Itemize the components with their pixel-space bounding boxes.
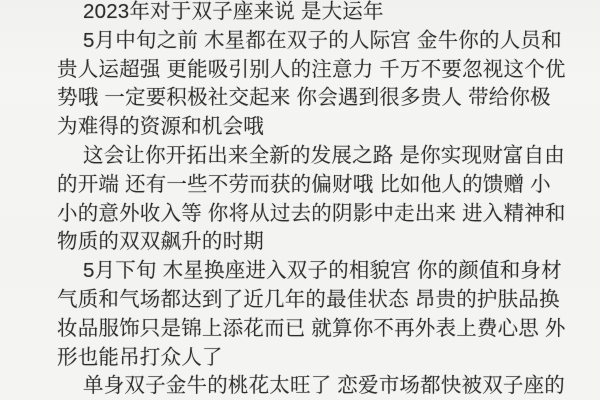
text-line: 气质和气场都达到了近几年的最佳状态 昂贵的护肤品换 bbox=[57, 286, 562, 315]
text-line: 单身双子金牛的桃花太旺了 恋爱市场都快被双子座的 bbox=[57, 372, 562, 400]
text-body: 2023年对于双子座来说 是大运年 5月中旬之前 木星都在双子的人际宫 金牛你的… bbox=[57, 0, 562, 400]
horoscope-text-page: 2023年对于双子座来说 是大运年 5月中旬之前 木星都在双子的人际宫 金牛你的… bbox=[0, 0, 600, 400]
text-line: 妆品服饰只是锦上添花而已 就算你不再外表上费心思 外 bbox=[57, 315, 562, 344]
text-line: 形也能吊打众人了 bbox=[57, 344, 562, 373]
text-line: 的开端 还有一些不劳而获的偏财哦 比如他人的馈赠 小 bbox=[57, 171, 562, 200]
text-line: 小的意外收入等 你将从过去的阴影中走出来 进入精神和 bbox=[57, 200, 562, 229]
text-line: 2023年对于双子座来说 是大运年 bbox=[57, 0, 562, 27]
text-line: 贵人运超强 更能吸引别人的注意力 千万不要忽视这个优 bbox=[57, 56, 562, 85]
text-line: 5月下旬 木星换座进入双子的相貌宫 你的颜值和身材 bbox=[57, 257, 562, 286]
text-line: 势哦 一定要积极社交起来 你会遇到很多贵人 带给你极 bbox=[57, 84, 562, 113]
text-line: 为难得的资源和机会哦 bbox=[57, 113, 562, 142]
text-line: 5月中旬之前 木星都在双子的人际宫 金牛你的人员和 bbox=[57, 27, 562, 56]
text-line: 这会让你开拓出来全新的发展之路 是你实现财富自由 bbox=[57, 142, 562, 171]
text-line: 物质的双双飙升的时期 bbox=[57, 228, 562, 257]
